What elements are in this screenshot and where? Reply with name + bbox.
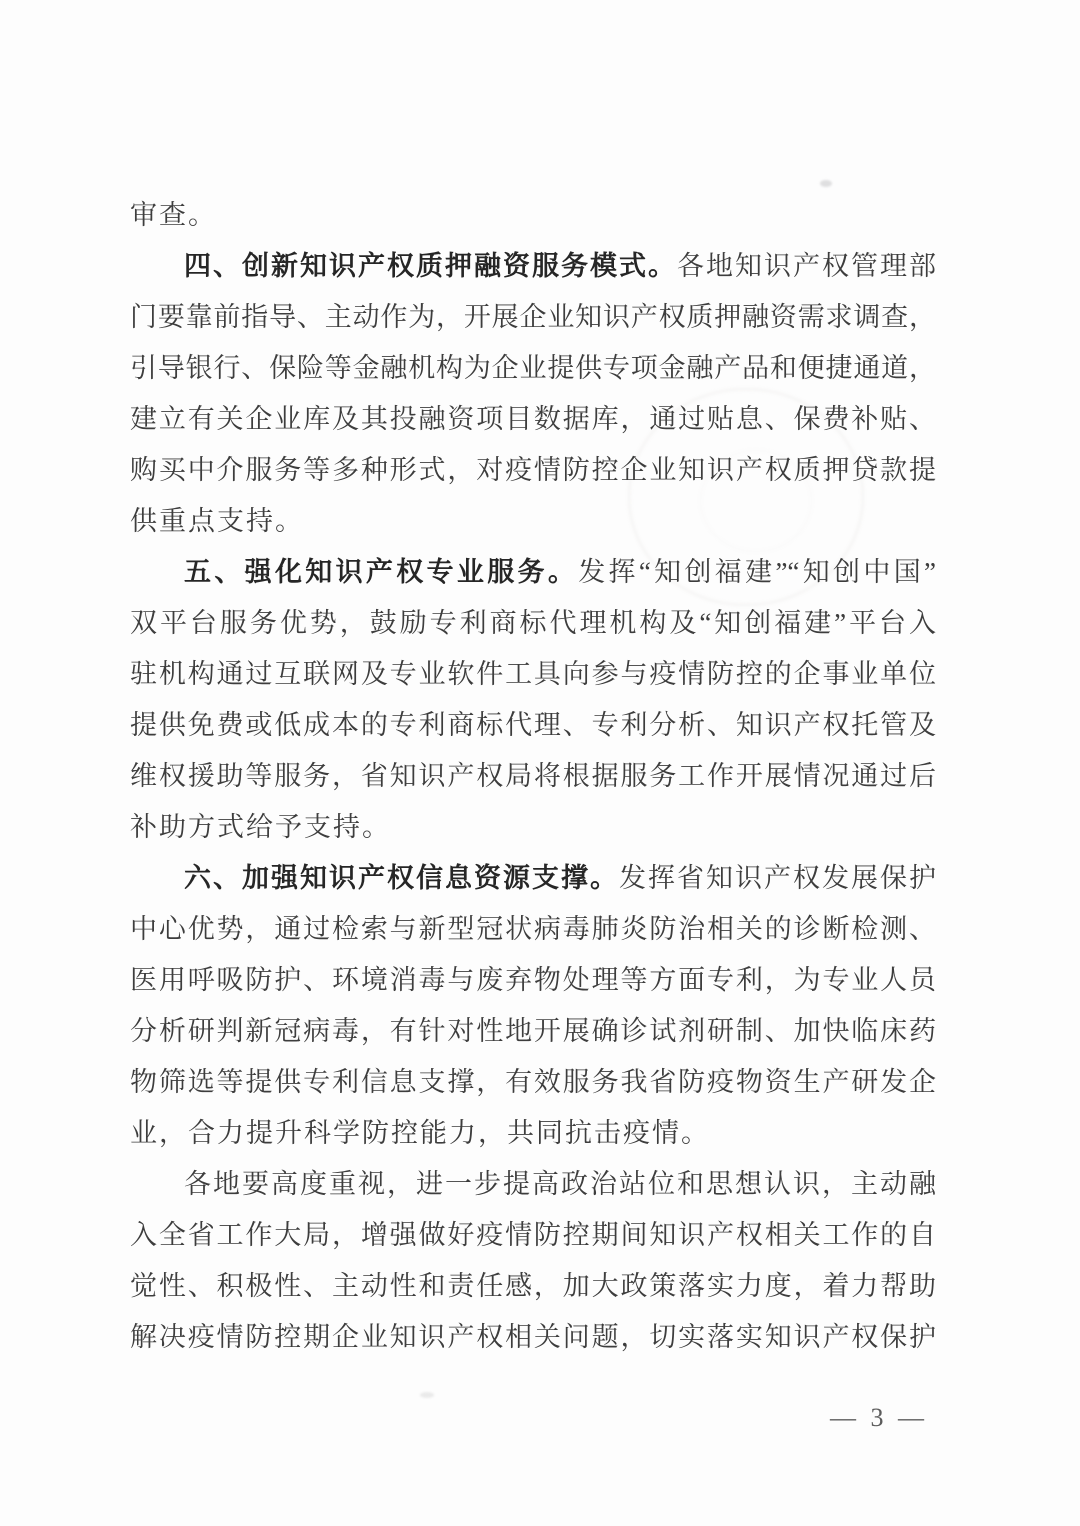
paragraph-continuation: 审查。 <box>130 190 936 241</box>
body-text-run: 双平台服务优势，鼓励专利商标代理机构及“知创福建”平台入 <box>130 608 936 638</box>
text-line: 解决疫情防控期企业知识产权相关问题，切实落实知识产权保护 <box>130 1312 936 1363</box>
document-page: 审查。 四、创新知识产权质押融资服务模式。各地知识产权管理部 门要靠前指导、主动… <box>0 0 1080 1526</box>
text-line: 四、创新知识产权质押融资服务模式。各地知识产权管理部 <box>130 241 936 292</box>
paragraph-section-5: 五、强化知识产权专业服务。发挥“知创福建”“知创中国” 双平台服务优势，鼓励专利… <box>130 547 936 853</box>
text-line: 业，合力提升科学防控能力，共同抗击疫情。 <box>130 1108 936 1159</box>
text-line: 中心优势，通过检索与新型冠状病毒肺炎防治相关的诊断检测、 <box>130 904 936 955</box>
paragraph-section-6: 六、加强知识产权信息资源支撑。发挥省知识产权发展保护 中心优势，通过检索与新型冠… <box>130 853 936 1159</box>
text-line: 六、加强知识产权信息资源支撑。发挥省知识产权发展保护 <box>130 853 936 904</box>
page-number: — 3 — <box>830 1398 928 1438</box>
text-line: 供重点支持。 <box>130 496 936 547</box>
text-line: 补助方式给予支持。 <box>130 802 936 853</box>
text-line: 审查。 <box>130 190 936 241</box>
body-text-run: 分析研判新冠病毒，有针对性地开展确诊试剂研制、加快临床药 <box>130 1016 936 1046</box>
section-heading: 六、加强知识产权信息资源支撑。 <box>184 863 619 893</box>
body-text-run: 审查。 <box>130 200 217 230</box>
text-line: 医用呼吸防护、环境消毒与废弃物处理等方面专利，为专业人员 <box>130 955 936 1006</box>
body-text-run: 引导银行、保险等金融机构为企业提供专项金融产品和便捷通道， <box>130 353 936 383</box>
body-text-run: 各地要高度重视，进一步提高政治站位和思想认识，主动融 <box>184 1169 936 1199</box>
body-text-run: 购买中介服务等多种形式，对疫情防控企业知识产权质押贷款提 <box>130 455 936 485</box>
body-text-run: 觉性、积极性、主动性和责任感，加大政策落实力度，着力帮助 <box>130 1271 936 1301</box>
body-text-run: 各地知识产权管理部 <box>677 251 936 281</box>
text-line: 维权援助等服务，省知识产权局将根据服务工作开展情况通过后 <box>130 751 936 802</box>
body-text-run: 供重点支持。 <box>130 506 304 536</box>
document-body: 审查。 四、创新知识产权质押融资服务模式。各地知识产权管理部 门要靠前指导、主动… <box>130 190 936 1363</box>
body-text-run: 驻机构通过互联网及专业软件工具向参与疫情防控的企事业单位 <box>130 659 936 689</box>
text-line: 驻机构通过互联网及专业软件工具向参与疫情防控的企事业单位 <box>130 649 936 700</box>
body-text-run: 提供免费或低成本的专利商标代理、专利分析、知识产权托管及 <box>130 710 936 740</box>
body-text-run: 医用呼吸防护、环境消毒与废弃物处理等方面专利，为专业人员 <box>130 965 936 995</box>
text-line: 各地要高度重视，进一步提高政治站位和思想认识，主动融 <box>130 1159 936 1210</box>
text-line: 双平台服务优势，鼓励专利商标代理机构及“知创福建”平台入 <box>130 598 936 649</box>
text-line: 入全省工作大局，增强做好疫情防控期间知识产权相关工作的自 <box>130 1210 936 1261</box>
body-text-run: 发挥“知创福建”“知创中国” <box>578 557 936 587</box>
text-line: 五、强化知识产权专业服务。发挥“知创福建”“知创中国” <box>130 547 936 598</box>
text-line: 门要靠前指导、主动作为，开展企业知识产权质押融资需求调查， <box>130 292 936 343</box>
body-text-run: 解决疫情防控期企业知识产权相关问题，切实落实知识产权保护 <box>130 1322 936 1352</box>
text-line: 购买中介服务等多种形式，对疫情防控企业知识产权质押贷款提 <box>130 445 936 496</box>
body-text-run: 补助方式给予支持。 <box>130 812 391 842</box>
body-text-run: 业，合力提升科学防控能力，共同抗击疫情。 <box>130 1118 710 1148</box>
body-text-run: 建立有关企业库及其投融资项目数据库，通过贴息、保费补贴、 <box>130 404 936 434</box>
body-text-run: 门要靠前指导、主动作为，开展企业知识产权质押融资需求调查， <box>130 302 936 332</box>
text-line: 建立有关企业库及其投融资项目数据库，通过贴息、保费补贴、 <box>130 394 936 445</box>
section-heading: 五、强化知识产权专业服务。 <box>184 557 578 587</box>
text-line: 提供免费或低成本的专利商标代理、专利分析、知识产权托管及 <box>130 700 936 751</box>
body-text-run: 维权援助等服务，省知识产权局将根据服务工作开展情况通过后 <box>130 761 936 791</box>
paragraph-closing: 各地要高度重视，进一步提高政治站位和思想认识，主动融 入全省工作大局，增强做好疫… <box>130 1159 936 1363</box>
text-line: 觉性、积极性、主动性和责任感，加大政策落实力度，着力帮助 <box>130 1261 936 1312</box>
scan-artifact-dot <box>820 180 832 187</box>
body-text-run: 入全省工作大局，增强做好疫情防控期间知识产权相关工作的自 <box>130 1220 936 1250</box>
section-heading: 四、创新知识产权质押融资服务模式。 <box>184 251 677 281</box>
body-text-run: 物筛选等提供专利信息支撑，有效服务我省防疫物资生产研发企 <box>130 1067 936 1097</box>
paragraph-section-4: 四、创新知识产权质押融资服务模式。各地知识产权管理部 门要靠前指导、主动作为，开… <box>130 241 936 547</box>
text-line: 分析研判新冠病毒，有针对性地开展确诊试剂研制、加快临床药 <box>130 1006 936 1057</box>
body-text-run: 中心优势，通过检索与新型冠状病毒肺炎防治相关的诊断检测、 <box>130 914 936 944</box>
body-text-run: 发挥省知识产权发展保护 <box>619 863 936 893</box>
text-line: 引导银行、保险等金融机构为企业提供专项金融产品和便捷通道， <box>130 343 936 394</box>
text-line: 物筛选等提供专利信息支撑，有效服务我省防疫物资生产研发企 <box>130 1057 936 1108</box>
scan-artifact-dot <box>420 1392 434 1398</box>
